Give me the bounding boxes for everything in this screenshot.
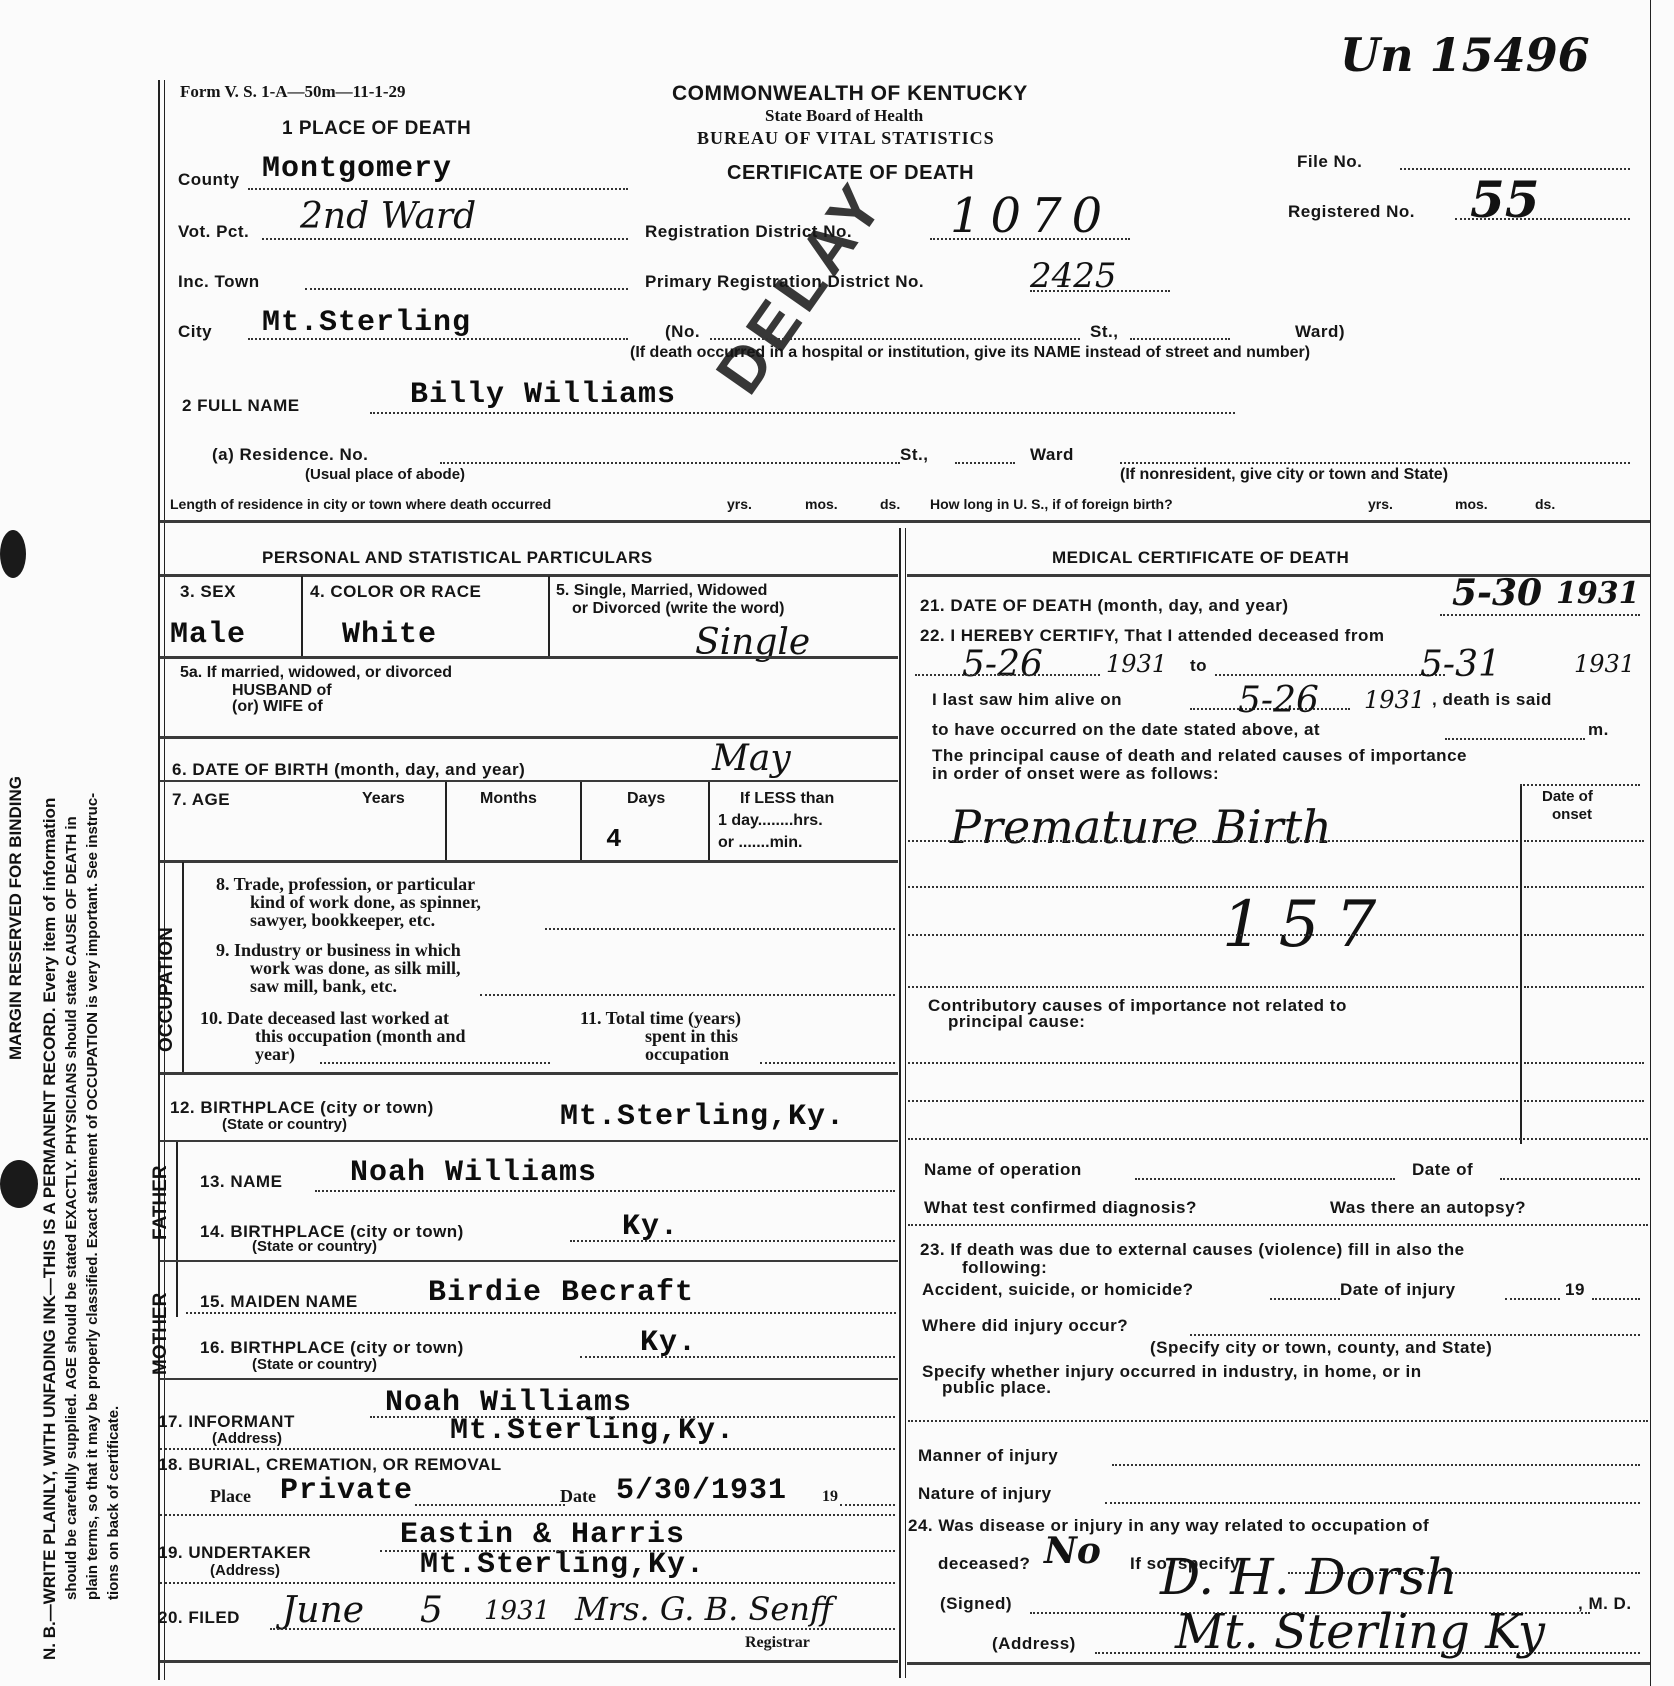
undertaker-sub: (Address): [210, 1562, 280, 1579]
informant-sub: (Address): [212, 1430, 282, 1447]
margin-binding-note: MARGIN RESERVED FOR BINDING: [6, 776, 26, 1060]
filed-day: 5: [420, 1590, 443, 1631]
father-side-label: FATHER: [150, 1165, 172, 1240]
form-right-border: [1650, 0, 1651, 1686]
race-value: White: [342, 618, 437, 652]
filed-registrar-name: Mrs. G. B. Senff: [575, 1590, 833, 1628]
column-divider-inner: [905, 528, 906, 1678]
birthplace-sub: (State or country): [222, 1116, 347, 1133]
informant-address: Mt.Sterling,Ky.: [450, 1414, 735, 1448]
length-mos: mos.: [805, 496, 838, 512]
contributory-label-2: principal cause:: [948, 1012, 1085, 1032]
undertaker-label: 19. UNDERTAKER: [158, 1543, 311, 1563]
mother-birthplace-sub: (State or country): [252, 1356, 377, 1373]
total-time-label-3: occupation: [645, 1044, 729, 1065]
filed-registrar-label: Registrar: [745, 1634, 810, 1652]
where-injury-sub: (Specify city or town, county, and State…: [1150, 1338, 1492, 1358]
cause-code-value: 157: [1222, 888, 1392, 962]
external-causes-label-1: 23. If death was due to external causes …: [920, 1240, 1465, 1260]
occurred-label: to have occurred on the date stated abov…: [932, 720, 1320, 740]
external-causes-label-2: following:: [962, 1258, 1047, 1278]
filed-year: 1931: [484, 1596, 550, 1626]
registered-no-label: Registered No.: [1288, 202, 1415, 222]
physician-address-label: (Address): [992, 1634, 1076, 1654]
accident-label: Accident, suicide, or homicide?: [922, 1280, 1194, 1300]
deceased-label: deceased?: [938, 1554, 1030, 1574]
physician-signature: D. H. Dorsh: [1160, 1548, 1457, 1606]
father-name-value: Noah Williams: [350, 1156, 597, 1190]
marital-label-2: or Divorced (write the word): [572, 600, 784, 618]
date-of-death-year: 1931: [1556, 576, 1640, 611]
dob-value: May: [712, 738, 791, 779]
registration-district-label: Registration District No.: [645, 222, 852, 242]
margin-instructions-line1: N. B.—WRITE PLAINLY, WITH UNFADING INK—T…: [40, 798, 60, 1660]
county-label: County: [178, 170, 240, 190]
street-no-label: (No.: [665, 322, 700, 342]
spouse-label-3: (or) WIFE of: [232, 698, 323, 716]
attended-to-label: to: [1190, 656, 1207, 676]
father-birthplace-value: Ky.: [622, 1210, 679, 1244]
burial-place-label: Place: [210, 1486, 251, 1507]
board-of-health: State Board of Health: [765, 106, 923, 126]
foreign-mos: mos.: [1455, 496, 1488, 512]
form-number: Form V. S. 1-A—50m—11-1-29: [180, 82, 406, 102]
foreign-yrs: yrs.: [1368, 496, 1393, 512]
last-saw-value: 5-26: [1238, 680, 1319, 721]
physician-address-value: Mt. Sterling Ky: [1175, 1604, 1545, 1660]
principal-cause-label-1: The principal cause of death and related…: [932, 746, 1467, 766]
registration-district-value: 1070: [950, 188, 1112, 244]
column-divider: [899, 528, 901, 1678]
medical-section-title: MEDICAL CERTIFICATE OF DEATH: [1052, 548, 1349, 568]
last-saw-label: I last saw him alive on: [932, 690, 1122, 710]
where-injury-label: Where did injury occur?: [922, 1316, 1128, 1336]
full-name-value: Billy Williams: [410, 378, 676, 412]
injury-year-label: 19: [1565, 1280, 1585, 1300]
attended-from-value: 5-26: [962, 644, 1043, 685]
birthplace-label: 12. BIRTHPLACE (city or town): [170, 1098, 434, 1118]
injury-date-label: Date of injury: [1340, 1280, 1456, 1300]
race-label: 4. COLOR OR RACE: [310, 582, 481, 602]
personal-section-title: PERSONAL AND STATISTICAL PARTICULARS: [262, 548, 653, 568]
place-of-death-heading: 1 PLACE OF DEATH: [282, 118, 471, 140]
marital-label-1: 5. Single, Married, Widowed: [556, 582, 767, 600]
date-onset-label-2: onset: [1552, 806, 1592, 823]
manner-injury-label: Manner of injury: [918, 1446, 1058, 1466]
less-than-label-1: If LESS than: [740, 790, 834, 808]
days-value: 4: [606, 824, 623, 854]
mother-side-label: MOTHER: [150, 1293, 172, 1375]
primary-district-label: Primary Registration District No.: [645, 272, 924, 292]
foreign-birth-label: How long in U. S., if of foreign birth?: [930, 496, 1173, 512]
date-of-death-value: 5-30: [1452, 572, 1542, 614]
mother-maiden-value: Birdie Becraft: [428, 1276, 694, 1310]
registered-no-value: 55: [1470, 170, 1540, 229]
burial-date-label: Date: [560, 1486, 596, 1507]
bureau-title: BUREAU OF VITAL STATISTICS: [697, 128, 995, 149]
sex-value: Male: [170, 618, 246, 652]
filed-month: June: [282, 1590, 364, 1631]
last-saw-year: 1931: [1364, 686, 1425, 714]
residence-label: (a) Residence. No.: [212, 445, 368, 465]
informant-label: 17. INFORMANT: [158, 1412, 295, 1432]
residence-ward-label: Ward: [1030, 445, 1074, 465]
birthplace-value: Mt.Sterling,Ky.: [560, 1100, 845, 1134]
burial-year-suffix: 19: [822, 1488, 838, 1506]
certify-label: 22. I HEREBY CERTIFY, That I attended de…: [920, 626, 1384, 646]
undertaker-address: Mt.Sterling,Ky.: [420, 1548, 705, 1582]
md-label: , M. D.: [1578, 1594, 1632, 1614]
autopsy-label: Was there an autopsy?: [1330, 1198, 1526, 1218]
hospital-note: (If death occurred in a hospital or inst…: [630, 344, 1310, 362]
dob-label: 6. DATE OF BIRTH (month, day, and year): [172, 760, 525, 780]
father-name-label: 13. NAME: [200, 1172, 282, 1192]
nature-injury-label: Nature of injury: [918, 1484, 1052, 1504]
commonwealth-title: COMMONWEALTH OF KENTUCKY: [672, 82, 1028, 106]
age-label: 7. AGE: [172, 790, 230, 810]
margin-instructions-line2: should be carefully supplied. AGE should…: [63, 816, 80, 1600]
filed-label: 20. FILED: [158, 1608, 240, 1628]
ward-label: Ward): [1295, 322, 1345, 342]
attended-to-value: 5-31: [1420, 644, 1501, 685]
attended-to-year: 1931: [1574, 650, 1635, 678]
m-label: m.: [1588, 720, 1609, 740]
street-label: St.,: [1090, 322, 1118, 342]
occupation-side-label: OCCUPATION: [156, 927, 178, 1052]
inc-town-label: Inc. Town: [178, 272, 260, 292]
date-onset-label-1: Date of: [1542, 788, 1593, 805]
occupation-related-label: 24. Was disease or injury in any way rel…: [908, 1516, 1429, 1536]
city-label: City: [178, 322, 212, 342]
industry-label-3: saw mill, bank, etc.: [250, 976, 397, 997]
specify-injury-label-2: public place.: [942, 1378, 1051, 1398]
less-than-label-3: or .......min.: [718, 834, 802, 852]
sex-label: 3. SEX: [180, 582, 236, 602]
diagnosis-test-label: What test confirmed diagnosis?: [924, 1198, 1197, 1218]
last-worked-label-3: year): [255, 1044, 295, 1065]
cause-of-death-value: Premature Birth: [950, 800, 1332, 854]
burial-label: 18. BURIAL, CREMATION, OR REMOVAL: [158, 1455, 502, 1475]
death-said-label: , death is said: [1432, 690, 1552, 710]
burial-date-value: 5/30/1931: [616, 1474, 787, 1508]
less-than-label-2: 1 day........hrs.: [718, 812, 823, 830]
form-left-border-inner: [164, 80, 165, 1680]
mother-birthplace-label: 16. BIRTHPLACE (city or town): [200, 1338, 464, 1358]
margin-instructions-line3: plain terms, so that it may be properly …: [84, 793, 101, 1600]
nonresident-note: (If nonresident, give city or town and S…: [1120, 466, 1448, 484]
binding-hole-top: [0, 530, 26, 578]
days-label: Days: [627, 790, 665, 808]
full-name-label: 2 FULL NAME: [182, 396, 300, 416]
residence-sub: (Usual place of abode): [305, 466, 465, 483]
date-of-death-label: 21. DATE OF DEATH (month, day, and year): [920, 596, 1289, 616]
foreign-ds: ds.: [1535, 496, 1555, 512]
city-value: Mt.Sterling: [262, 306, 471, 340]
father-birthplace-sub: (State or country): [252, 1238, 377, 1255]
years-label: Years: [362, 790, 405, 808]
mother-maiden-label: 15. MAIDEN NAME: [200, 1292, 358, 1312]
operation-date-label: Date of: [1412, 1160, 1473, 1180]
months-label: Months: [480, 790, 537, 808]
residence-st-label: St.,: [900, 445, 928, 465]
spouse-label-1: 5a. If married, widowed, or divorced: [180, 664, 452, 682]
operation-label: Name of operation: [924, 1160, 1082, 1180]
county-value: Montgomery: [262, 152, 452, 186]
undertaker-name: Eastin & Harris: [400, 1518, 685, 1552]
principal-cause-label-2: in order of onset were as follows:: [932, 764, 1219, 784]
trade-label-3: sawyer, bookkeeper, etc.: [250, 910, 435, 931]
corner-note: Un 15496: [1340, 28, 1590, 82]
length-yrs: yrs.: [727, 496, 752, 512]
file-no-label: File No.: [1297, 152, 1362, 172]
form-left-border: [158, 80, 160, 1680]
attended-from-year: 1931: [1106, 650, 1167, 678]
length-ds: ds.: [880, 496, 900, 512]
binding-hole-bottom: [0, 1160, 38, 1208]
margin-instructions-line4: tions on back of certificate.: [105, 1406, 122, 1600]
length-residence-label: Length of residence in city or town wher…: [170, 496, 551, 512]
vot-pct-label: Vot. Pct.: [178, 222, 249, 242]
burial-place-value: Private: [280, 1474, 413, 1508]
signed-label: (Signed): [940, 1594, 1012, 1614]
vot-pct-value: 2nd Ward: [300, 196, 476, 237]
mother-birthplace-value: Ky.: [640, 1326, 697, 1360]
deceased-value: No: [1044, 1530, 1101, 1572]
